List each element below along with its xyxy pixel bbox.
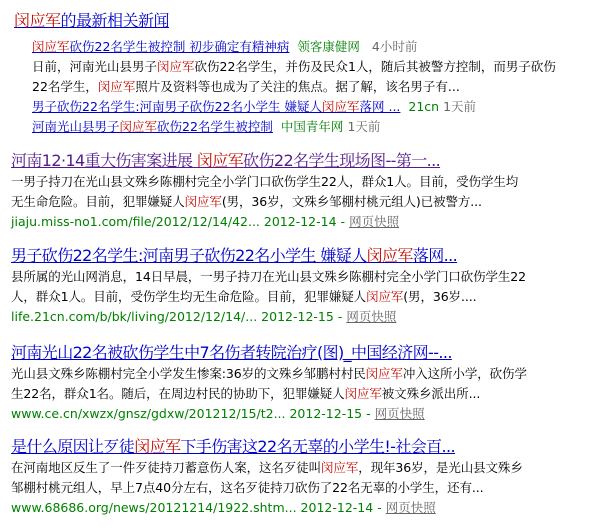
snippet-line: 一男子持刀在光山县文殊乡陈棚村完全小学门口砍伤学生22人，群众1人。目前，受伤学… <box>11 172 581 192</box>
result-title-text: 砍伤22名学生现场图--第一... <box>243 151 440 170</box>
keyword-highlight: 闵应军 <box>185 194 222 209</box>
cache-snapshot-link[interactable]: 网页快照 <box>349 214 399 229</box>
keyword-highlight: 闵应军 <box>134 437 180 456</box>
news-title-text: 河南光山县男子 <box>32 119 120 134</box>
snippet-text: 无生命危险。目前，犯罪嫌疑人 <box>11 194 185 209</box>
news-source: 领客康健网 <box>297 39 360 54</box>
snippet-text: 冲入这所小学，砍伤学 <box>403 366 527 381</box>
keyword-highlight: 闵应军 <box>345 386 382 401</box>
result-url: life.21cn.com/b/bk/living/2012/12/14/... <box>11 309 257 324</box>
result-snippet: 一男子持刀在光山县文殊乡陈棚村完全小学门口砍伤学生22人，群众1人。目前，受伤学… <box>11 172 581 212</box>
result-snippet: 县所属的光山网消息，14日早晨，一男子持刀在光山县文殊乡陈棚村完全小学门口砍伤学… <box>11 267 581 307</box>
result-url-line: jiaju.miss-no1.com/file/2012/12/14/42...… <box>11 212 581 232</box>
keyword-highlight: 闵应军 <box>157 59 195 74</box>
news-title-text: 砍伤22名学生被控制 初步确定有精神病 <box>70 39 290 54</box>
news-item-link[interactable]: 河南光山县男子闵应军砍伤22名学生被控制 <box>32 119 273 134</box>
keyword-highlight: 闵应军 <box>98 79 136 94</box>
news-time: 1天前 <box>347 119 380 134</box>
search-result: 是什么原因让歹徒闵应军下手伤害这22名无辜的小学生!-社会百... 在河南地区反… <box>11 436 581 518</box>
cache-snapshot-link[interactable]: 网页快照 <box>375 406 425 421</box>
result-title-link[interactable]: 男子砍伤22名学生:河南男子砍伤22名小学生 嫌疑人闵应军落网... <box>11 245 457 267</box>
news-time: 1天前 <box>443 99 476 114</box>
cache-snapshot-link[interactable]: 网页快照 <box>346 309 396 324</box>
keyword-highlight: 闵应军 <box>366 366 403 381</box>
news-title-text: 男子砍伤22名学生:河南男子砍伤22名小学生 嫌疑人 <box>32 99 322 114</box>
separator: - <box>366 406 371 421</box>
result-date: 2012-12-15 <box>261 309 334 324</box>
result-title-link[interactable]: 河南12·14重大伤害案进展 闵应军砍伤22名学生现场图--第一... <box>11 150 440 172</box>
news-top-item-snippet: 日前，河南光山县男子闵应军砍伤22名学生，并伤及民众1人，随后其被警方控制，而男… <box>32 57 562 97</box>
snippet-text: 被文殊乡派出所... <box>382 386 480 401</box>
keyword-highlight: 闵应军 <box>366 289 403 304</box>
news-item-link[interactable]: 男子砍伤22名学生:河南男子砍伤22名小学生 嫌疑人闵应军落网 ... <box>32 99 400 114</box>
heading-suffix: 的最新相关新闻 <box>61 11 170 30</box>
separator: - <box>377 500 382 515</box>
result-url: www.68686.org/news/20121214/1922.shtm... <box>11 500 297 515</box>
result-title-text: 河南光山22名被砍伤学生中7名伤者转院治疗(图)_中国经济网--... <box>11 343 452 362</box>
result-date: 2012-12-14 <box>301 500 374 515</box>
result-title-text: 是什么原因让歹徒 <box>11 437 134 456</box>
snippet-text: 照片及资料等也成为了关注的焦点。据了解，该名男子有... <box>135 79 459 94</box>
snippet-line: 县所属的光山网消息，14日早晨，一男子持刀在光山县文殊乡陈棚村完全小学门口砍伤学… <box>11 267 581 287</box>
news-title-text: 砍伤22名学生被控制 <box>157 119 273 134</box>
result-title-text: 河南12·14重大伤害案进展 <box>11 151 197 170</box>
snippet-text: (男，36岁.... <box>403 289 476 304</box>
keyword-highlight: 闵应军 <box>120 119 158 134</box>
news-section-heading-link[interactable]: 闵应军的最新相关新闻 <box>14 10 169 32</box>
snippet-text: (男，36岁，文殊乡邹棚村桃元组人)已被警方... <box>222 194 482 209</box>
search-result: 河南12·14重大伤害案进展 闵应军砍伤22名学生现场图--第一... 一男子持… <box>11 150 581 232</box>
keyword-highlight: 闵应军 <box>32 39 70 54</box>
result-title-link[interactable]: 是什么原因让歹徒闵应军下手伤害这22名无辜的小学生!-社会百... <box>11 436 455 458</box>
news-section: 闵应军砍伤22名学生被控制 初步确定有精神病 领客康健网 4小时前 日前，河南光… <box>32 37 582 137</box>
snippet-text: 光山县文殊乡陈棚村完全小学发生惨案:36岁的文殊乡邹鹏村村民 <box>11 366 366 381</box>
result-url: jiaju.miss-no1.com/file/2012/12/14/42... <box>11 214 260 229</box>
result-date: 2012-12-14 <box>264 214 337 229</box>
news-title-text: 落网 ... <box>360 99 401 114</box>
keyword-highlight: 闵应军 <box>322 99 360 114</box>
result-url-line: www.68686.org/news/20121214/1922.shtm...… <box>11 498 581 518</box>
news-item: 河南光山县男子闵应军砍伤22名学生被控制 中国青年网1天前 <box>32 117 582 137</box>
news-top-item: 闵应军砍伤22名学生被控制 初步确定有精神病 领客康健网 4小时前 <box>32 37 582 57</box>
snippet-text: 人，群众1人。目前，受伤学生均无生命危险。目前，犯罪嫌疑人 <box>11 289 366 304</box>
snippet-text: 邹棚村桃元组人，早上7点40分左右，这名歹徒持刀砍伤了22名无辜的小学生，还有.… <box>11 480 484 495</box>
snippet-text: 在河南地区反生了一件歹徒持刀蓄意伤人案，这名歹徒叫 <box>11 460 321 475</box>
news-item: 男子砍伤22名学生:河南男子砍伤22名小学生 嫌疑人闵应军落网 ... 21cn… <box>32 97 582 117</box>
search-result: 河南光山22名被砍伤学生中7名伤者转院治疗(图)_中国经济网--... 光山县文… <box>11 342 581 424</box>
snippet-text: 日前，河南光山县男子 <box>32 59 157 74</box>
result-title-text: 下手伤害这22名无辜的小学生!-社会百... <box>180 437 455 456</box>
snippet-text: ，现年36岁，是光山县文殊乡 <box>358 460 523 475</box>
news-source: 中国青年网 <box>281 119 344 134</box>
result-title-text: 落网... <box>413 246 457 265</box>
keyword-highlight: 闵应军 <box>321 460 358 475</box>
result-url-line: www.ce.cn/xwzx/gnsz/gdxw/201212/15/t2...… <box>11 404 581 424</box>
heading-keyword: 闵应军 <box>14 11 61 30</box>
news-source: 21cn <box>408 99 439 114</box>
result-url: www.ce.cn/xwzx/gnsz/gdxw/201212/15/t2... <box>11 406 286 421</box>
search-result: 男子砍伤22名学生:河南男子砍伤22名小学生 嫌疑人闵应军落网... 县所属的光… <box>11 245 581 327</box>
result-url-line: life.21cn.com/b/bk/living/2012/12/14/...… <box>11 307 581 327</box>
news-time: 4小时前 <box>372 39 417 54</box>
separator: - <box>341 214 346 229</box>
result-snippet: 光山县文殊乡陈棚村完全小学发生惨案:36岁的文殊乡邹鹏村村民闵应军冲入这所小学，… <box>11 364 581 404</box>
result-title-text: 男子砍伤22名学生:河南男子砍伤22名小学生 嫌疑人 <box>11 246 367 265</box>
separator: - <box>338 309 343 324</box>
snippet-text: 生22名，群众1名。随后，在周边村民的协助下，犯罪嫌疑人 <box>11 386 345 401</box>
result-title-link[interactable]: 河南光山22名被砍伤学生中7名伤者转院治疗(图)_中国经济网--... <box>11 342 452 364</box>
news-top-item-link[interactable]: 闵应军砍伤22名学生被控制 初步确定有精神病 <box>32 39 289 54</box>
result-date: 2012-12-15 <box>289 406 362 421</box>
keyword-highlight: 闵应军 <box>367 246 413 265</box>
keyword-highlight: 闵应军 <box>197 151 243 170</box>
result-snippet: 在河南地区反生了一件歹徒持刀蓄意伤人案，这名歹徒叫闵应军，现年36岁，是光山县文… <box>11 458 581 498</box>
cache-snapshot-link[interactable]: 网页快照 <box>386 500 436 515</box>
